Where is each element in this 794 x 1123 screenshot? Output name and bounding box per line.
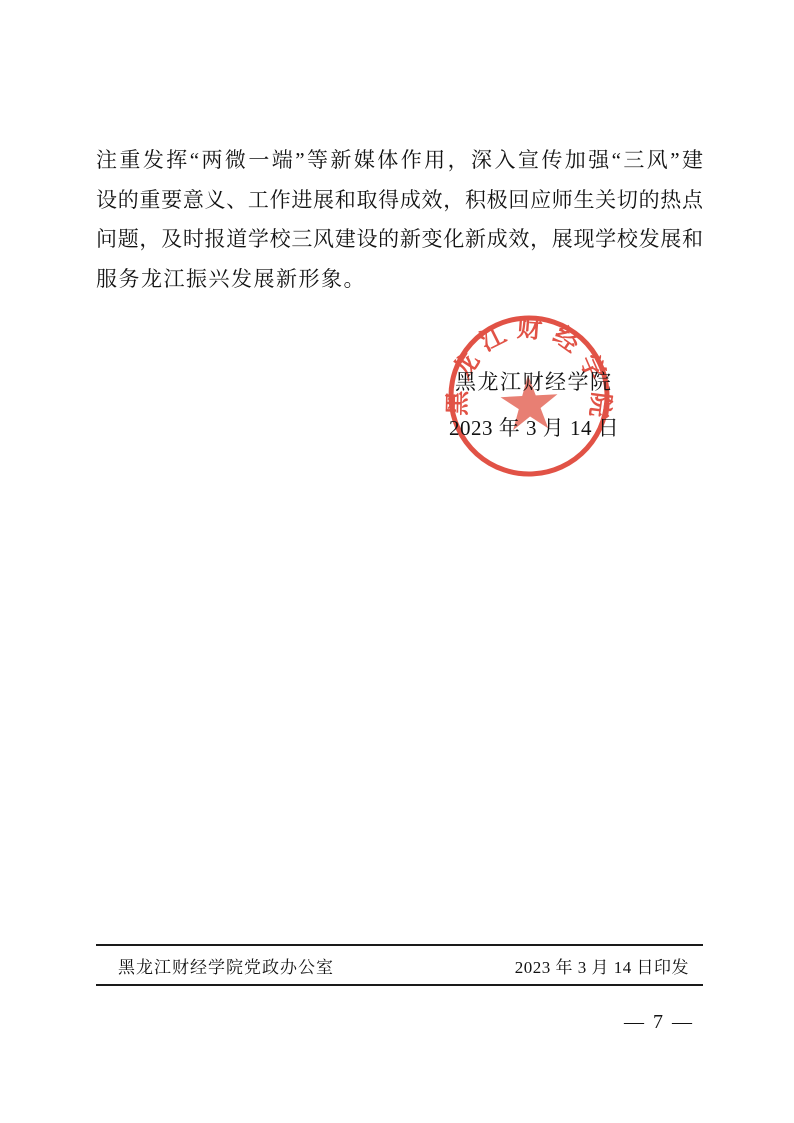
footer-row: 黑龙江财经学院党政办公室 2023 年 3 月 14 日印发 bbox=[96, 946, 703, 984]
paragraph-line: 注重发挥“两微一端”等新媒体作用，深入宣传加强“三风”建 bbox=[96, 141, 703, 181]
paragraph-line: 服务龙江振兴发展新形象。 bbox=[96, 260, 703, 300]
page-number: — 7 — bbox=[624, 1011, 694, 1034]
document-footer: 黑龙江财经学院党政办公室 2023 年 3 月 14 日印发 bbox=[96, 944, 703, 986]
document-page: 注重发挥“两微一端”等新媒体作用，深入宣传加强“三风”建 设的重要意义、工作进展… bbox=[0, 0, 794, 1123]
paragraph-line: 设的重要意义、工作进展和取得成效，积极回应师生关切的热点 bbox=[96, 181, 703, 221]
seal-graphic: 黑龙江财经学院 bbox=[441, 308, 618, 485]
signature-organization: 黑龙江财经学院 bbox=[455, 366, 613, 396]
signature-date: 2023 年 3 月 14 日 bbox=[449, 412, 619, 442]
body-paragraph: 注重发挥“两微一端”等新媒体作用，深入宣传加强“三风”建 设的重要意义、工作进展… bbox=[96, 141, 703, 299]
footer-print-date: 2023 年 3 月 14 日印发 bbox=[515, 953, 689, 978]
official-seal: 黑龙江财经学院 bbox=[441, 308, 618, 485]
paragraph-line: 问题，及时报道学校三风建设的新变化新成效，展现学校发展和 bbox=[96, 220, 703, 260]
footer-issuer: 黑龙江财经学院党政办公室 bbox=[118, 953, 334, 978]
